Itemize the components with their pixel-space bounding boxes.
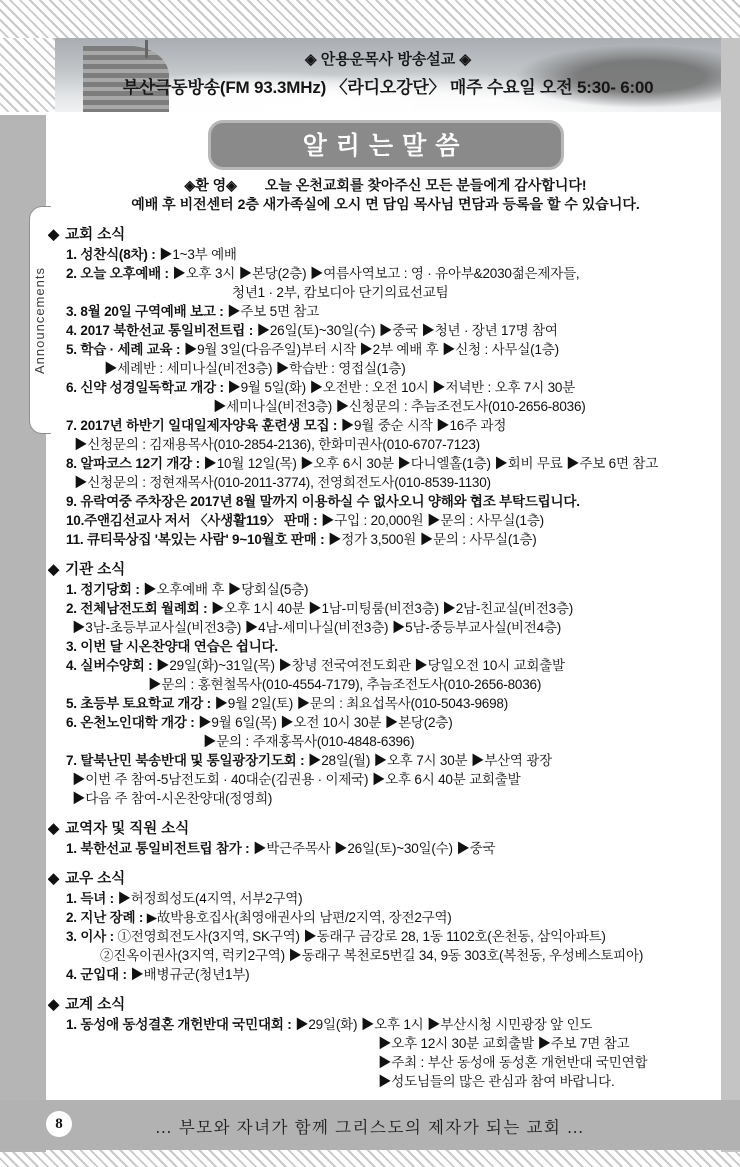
announcement-text: ▶29일(화)~31일(목) ▶창녕 전국여전도회관 ▶당일오전 10시 교회출… <box>156 658 565 673</box>
announcement-item: 6. 온천노인대학 개강 : ▶9월 6일(목) ▶오전 10시 30분 ▶본당… <box>48 713 723 751</box>
broadcast-schedule: 부산극동방송(FM 93.3MHz) 〈라디오강단〉 매주 수요일 오전 5:3… <box>55 73 721 98</box>
announcement-item: 5. 학습 · 세례 교육 : ▶9월 3일(다음주일)부터 시작 ▶2부 예배… <box>48 340 723 378</box>
announcement-text: ▶정가 3,500원 ▶문의 : 사무실(1층) <box>328 532 537 547</box>
announcement-line: ▶3남-초등부교사실(비전3층) ▶4남-세미나실(비전3층) ▶5남-중등부교… <box>48 618 723 637</box>
announcement-text: ▶허정희성도(4지역, 서부2구역) <box>118 891 303 906</box>
announcement-label: 3. 8월 20일 구역예배 보고 : <box>66 304 227 319</box>
diamond-marker-icon: ◆ <box>48 227 59 243</box>
announcement-item: 1. 북한선교 통일비전트립 참가 : ▶박근주목사 ▶26일(토)~30일(수… <box>48 839 723 858</box>
announcement-text: ▶오후 3시 ▶본당(2층) ▶여름사역보고 : 영 · 유아부&2030젊은제… <box>172 266 579 281</box>
section-title: 교역자 및 직원 소식 <box>65 821 189 837</box>
announcement-text: ▶10월 12일(목) ▶오후 6시 30분 ▶다니엘홀(1층) ▶회비 무료 … <box>203 456 658 471</box>
announcement-label: 7. 2017년 하반기 일대일제자양육 훈련생 모집 : <box>66 418 341 433</box>
announcement-line: ▶이번 주 참여-5남전도회 · 40대순(김권용 · 이제국) ▶오후 6시 … <box>48 770 723 789</box>
section-title: 교우 소식 <box>65 871 125 887</box>
section-heading: ◆교계 소식 <box>48 995 723 1015</box>
announcement-line: ▶세례반 : 세미나실(비전3층) ▶학습반 : 영접실(1층) <box>48 359 723 378</box>
section-title: 교회 소식 <box>65 227 125 243</box>
announcement-line: ▶신청문의 : 정현재목사(010-2011-3774), 전영희전도사(010… <box>48 473 723 492</box>
announcement-item: 7. 탈북난민 북송반대 및 통일광장기도회 : ▶28일(월) ▶오후 7시 … <box>48 751 723 808</box>
hatch-border-top <box>0 0 740 38</box>
announcement-item: 8. 알파코스 12기 개강 : ▶10월 12일(목) ▶오후 6시 30분 … <box>48 454 723 492</box>
page-title: 알리는말씀 <box>303 132 469 160</box>
welcome-line-1: ◈환 영◈ 오늘 온천교회를 찾아주신 모든 분들에게 감사합니다! <box>48 176 723 195</box>
announcement-text: ▶문의 : 주재홍목사(010-4848-6396) <box>203 734 414 749</box>
announcement-label: 1. 동성애 동성결혼 개헌반대 국민대회 : <box>66 1017 295 1032</box>
announcement-line: 4. 군입대 : ▶배병규군(청년1부) <box>48 965 723 984</box>
hatch-border-bottom <box>0 1150 740 1167</box>
announcement-label: 4. 2017 북한선교 통일비전트립 : <box>66 323 257 338</box>
announcement-line: 1. 성찬식(8차) : ▶1~3부 예배 <box>48 245 723 264</box>
announcement-item: 6. 신약 성경일독학교 개강 : ▶9월 5일(화) ▶오전반 : 오전 10… <box>48 378 723 416</box>
announcement-item: 4. 실버수양회 : ▶29일(화)~31일(목) ▶창녕 전국여전도회관 ▶당… <box>48 656 723 694</box>
announcement-item: 1. 동성애 동성결혼 개헌반대 국민대회 : ▶29일(화) ▶오후 1시 ▶… <box>48 1015 723 1091</box>
section: ◆교계 소식1. 동성애 동성결혼 개헌반대 국민대회 : ▶29일(화) ▶오… <box>48 995 723 1091</box>
announcement-label: 6. 신약 성경일독학교 개강 : <box>66 380 227 395</box>
announcement-text: ▶주보 5면 참고 <box>227 304 319 319</box>
announcement-label: 5. 학습 · 세례 교육 : <box>66 342 184 357</box>
section: ◆기관 소식1. 정기당회 : ▶오후예배 후 ▶당회실(5층)2. 전체남전도… <box>48 560 723 808</box>
announcement-label: 9. 유락여중 주차장은 2017년 8월 말까지 이용하실 수 없사오니 양해… <box>66 494 580 509</box>
diamond-marker-icon: ◆ <box>48 997 59 1013</box>
announcement-line: 3. 8월 20일 구역예배 보고 : ▶주보 5면 참고 <box>48 302 723 321</box>
announcement-line: ▶문의 : 홍현철목사(010-4554-7179), 추늠조전도사(010-2… <box>48 675 723 694</box>
announcement-text: ▶문의 : 홍현철목사(010-4554-7179), 추늠조전도사(010-2… <box>148 677 541 692</box>
announcement-label: 2. 지난 장례 : <box>66 910 147 925</box>
announcement-line: 10.주앤김선교사 저서 〈사생활119〉 판매 : ▶구입 : 20,000원… <box>48 511 723 530</box>
announcement-line: ▶성도님들의 많은 관심과 참여 바랍니다. <box>48 1072 723 1091</box>
announcement-item: 9. 유락여중 주차장은 2017년 8월 말까지 이용하실 수 없사오니 양해… <box>48 492 723 511</box>
announcement-line: 6. 온천노인대학 개강 : ▶9월 6일(목) ▶오전 10시 30분 ▶본당… <box>48 713 723 732</box>
announcement-line: ▶오후 12시 30분 교회출발 ▶주보 7면 참고 <box>48 1034 723 1053</box>
announcement-text: ▶9월 6일(목) ▶오전 10시 30분 ▶본당(2층) <box>198 715 452 730</box>
announcement-label: 3. 이사 : <box>66 929 118 944</box>
announcement-line: 5. 초등부 토요학교 개강 : ▶9월 2일(토) ▶문의 : 최요섭목사(0… <box>48 694 723 713</box>
announcement-item: 1. 성찬식(8차) : ▶1~3부 예배 <box>48 245 723 264</box>
announcement-item: 4. 2017 북한선교 통일비전트립 : ▶26일(토)~30일(수) ▶중국… <box>48 321 723 340</box>
announcement-text: ▶9월 5일(화) ▶오전반 : 오전 10시 ▶저녁반 : 오후 7시 30분 <box>227 380 575 395</box>
announcements-page: 알리는말씀 ◈환 영◈ 오늘 온천교회를 찾아주신 모든 분들에게 감사합니다!… <box>48 112 723 1098</box>
announcement-line: 청년1 · 2부, 캄보디아 단기의료선교팀 <box>48 283 723 302</box>
announcement-line: 7. 탈북난민 북송반대 및 통일광장기도회 : ▶28일(월) ▶오후 7시 … <box>48 751 723 770</box>
announcement-item: 10.주앤김선교사 저서 〈사생활119〉 판매 : ▶구입 : 20,000원… <box>48 511 723 530</box>
announcement-line: 3. 이사 : ①전영희전도사(3지역, SK구역) ▶동래구 금강로 28, … <box>48 927 723 946</box>
announcement-text: ▶1~3부 예배 <box>159 247 237 262</box>
side-tab-label: Announcements <box>32 221 48 421</box>
announcement-line: 8. 알파코스 12기 개강 : ▶10월 12일(목) ▶오후 6시 30분 … <box>48 454 723 473</box>
announcement-text: ▶故박용호집사(최영애권사의 남편/2지역, 장전2구역) <box>147 910 452 925</box>
announcement-text: ▶오후 1시 40분 ▶1남-미팅룸(비전3층) ▶2남-친교실(비전3층) <box>211 601 573 616</box>
announcement-text: ▶신청문의 : 김재용목사(010-2854-2136), 한화미권사(010-… <box>74 437 480 452</box>
announcement-label: 1. 정기당회 : <box>66 582 143 597</box>
announcement-line: 4. 2017 북한선교 통일비전트립 : ▶26일(토)~30일(수) ▶중국… <box>48 321 723 340</box>
announcement-label: 2. 오늘 오후예배 : <box>66 266 172 281</box>
radio-broadcast-banner: ◈ 안용운목사 방송설교 ◈ 부산극동방송(FM 93.3MHz) 〈라디오강단… <box>55 38 721 112</box>
welcome-line-2: 예배 후 비전센터 2층 새가족실에 오시 면 담임 목사님 면담과 등록을 할… <box>48 195 723 214</box>
announcement-line: ▶신청문의 : 김재용목사(010-2854-2136), 한화미권사(010-… <box>48 435 723 454</box>
announcement-label: 11. 큐티묵상집 '복있는 사람' 9~10월호 판매 : <box>66 532 328 547</box>
announcement-item: 3. 이번 달 시온찬양대 연습은 쉽니다. <box>48 637 723 656</box>
right-gray-rail <box>721 38 740 1152</box>
page-title-badge: 알리는말씀 <box>208 120 564 170</box>
announcement-label: 2. 전체남전도회 월례회 : <box>66 601 211 616</box>
section-title: 기관 소식 <box>65 562 125 578</box>
diamond-marker-icon: ◆ <box>48 871 59 887</box>
section: ◆교회 소식1. 성찬식(8차) : ▶1~3부 예배2. 오늘 오후예배 : … <box>48 225 723 549</box>
hatch-border-left <box>0 38 55 112</box>
section-heading: ◆교회 소식 <box>48 225 723 245</box>
announcement-line: 2. 오늘 오후예배 : ▶오후 3시 ▶본당(2층) ▶여름사역보고 : 영 … <box>48 264 723 283</box>
section-heading: ◆교역자 및 직원 소식 <box>48 819 723 839</box>
announcement-item: 2. 오늘 오후예배 : ▶오후 3시 ▶본당(2층) ▶여름사역보고 : 영 … <box>48 264 723 302</box>
announcement-item: 1. 정기당회 : ▶오후예배 후 ▶당회실(5층) <box>48 580 723 599</box>
announcement-text: ▶배병규군(청년1부) <box>130 967 249 982</box>
announcement-text: ▶성도님들의 많은 관심과 참여 바랍니다. <box>378 1074 615 1089</box>
announcement-line: 3. 이번 달 시온찬양대 연습은 쉽니다. <box>48 637 723 656</box>
announcement-line: 7. 2017년 하반기 일대일제자양육 훈련생 모집 : ▶9월 중순 시작 … <box>48 416 723 435</box>
section: ◆교역자 및 직원 소식1. 북한선교 통일비전트립 참가 : ▶박근주목사 ▶… <box>48 819 723 858</box>
announcement-item: 11. 큐티묵상집 '복있는 사람' 9~10월호 판매 : ▶정가 3,500… <box>48 530 723 549</box>
announcement-line: ▶다음 주 참여-시온찬양대(정영희) <box>48 789 723 808</box>
announcement-text: ▶28일(월) ▶오후 7시 30분 ▶부산역 광장 <box>308 753 552 768</box>
announcement-text: ▶박근주목사 ▶26일(토)~30일(수) ▶중국 <box>253 841 495 856</box>
announcement-text: ①전영희전도사(3지역, SK구역) ▶동래구 금강로 28, 1동 1102호… <box>118 929 606 944</box>
announcement-label: 1. 득녀 : <box>66 891 118 906</box>
announcement-line: ▶세미나실(비전3층) ▶신청문의 : 추늠조전도사(010-2656-8036… <box>48 397 723 416</box>
section: ◆교우 소식1. 득녀 : ▶허정희성도(4지역, 서부2구역)2. 지난 장례… <box>48 869 723 984</box>
welcome-block: ◈환 영◈ 오늘 온천교회를 찾아주신 모든 분들에게 감사합니다! 예배 후 … <box>48 176 723 214</box>
announcement-item: 5. 초등부 토요학교 개강 : ▶9월 2일(토) ▶문의 : 최요섭목사(0… <box>48 694 723 713</box>
announcement-item: 2. 전체남전도회 월례회 : ▶오후 1시 40분 ▶1남-미팅룸(비전3층)… <box>48 599 723 637</box>
announcement-line: 2. 지난 장례 : ▶故박용호집사(최영애권사의 남편/2지역, 장전2구역) <box>48 908 723 927</box>
announcement-label: 5. 초등부 토요학교 개강 : <box>66 696 214 711</box>
church-slogan: … 부모와 자녀가 함께 그리스도의 제자가 되는 교회 … <box>0 1114 740 1138</box>
announcement-line: 5. 학습 · 세례 교육 : ▶9월 3일(다음주일)부터 시작 ▶2부 예배… <box>48 340 723 359</box>
announcement-item: 4. 군입대 : ▶배병규군(청년1부) <box>48 965 723 984</box>
announcement-item: 3. 이사 : ①전영희전도사(3지역, SK구역) ▶동래구 금강로 28, … <box>48 927 723 965</box>
announcement-line: 11. 큐티묵상집 '복있는 사람' 9~10월호 판매 : ▶정가 3,500… <box>48 530 723 549</box>
announcement-text: 청년1 · 2부, 캄보디아 단기의료선교팀 <box>232 285 448 300</box>
sections: ◆교회 소식1. 성찬식(8차) : ▶1~3부 예배2. 오늘 오후예배 : … <box>48 225 723 1091</box>
banner-text: ◈ 안용운목사 방송설교 ◈ 부산극동방송(FM 93.3MHz) 〈라디오강단… <box>55 38 721 98</box>
announcement-label: 10.주앤김선교사 저서 〈사생활119〉 판매 : <box>66 513 321 528</box>
announcement-line: 1. 동성애 동성결혼 개헌반대 국민대회 : ▶29일(화) ▶오후 1시 ▶… <box>48 1015 723 1034</box>
announcement-item: 7. 2017년 하반기 일대일제자양육 훈련생 모집 : ▶9월 중순 시작 … <box>48 416 723 454</box>
broadcast-sermon-title: ◈ 안용운목사 방송설교 ◈ <box>55 48 721 69</box>
announcement-line: 1. 북한선교 통일비전트립 참가 : ▶박근주목사 ▶26일(토)~30일(수… <box>48 839 723 858</box>
announcement-line: 1. 득녀 : ▶허정희성도(4지역, 서부2구역) <box>48 889 723 908</box>
announcement-line: ②진옥이권사(3지역, 럭키2구역) ▶동래구 복천로5번길 34, 9동 30… <box>48 946 723 965</box>
announcement-label: 8. 알파코스 12기 개강 : <box>66 456 203 471</box>
announcement-text: ▶이번 주 참여-5남전도회 · 40대순(김권용 · 이제국) ▶오후 6시 … <box>72 772 520 787</box>
announcement-text: ▶구입 : 20,000원 ▶문의 : 사무실(1층) <box>321 513 544 528</box>
announcement-item: 2. 지난 장례 : ▶故박용호집사(최영애권사의 남편/2지역, 장전2구역) <box>48 908 723 927</box>
announcement-text: ▶주최 : 부산 동성애 동성혼 개헌반대 국민연합 <box>378 1055 647 1070</box>
announcement-text: ▶신청문의 : 정현재목사(010-2011-3774), 전영희전도사(010… <box>74 475 491 490</box>
announcement-line: 9. 유락여중 주차장은 2017년 8월 말까지 이용하실 수 없사오니 양해… <box>48 492 723 511</box>
announcement-label: 1. 성찬식(8차) : <box>66 247 159 262</box>
section-title: 교계 소식 <box>65 997 125 1013</box>
announcement-line: 2. 전체남전도회 월례회 : ▶오후 1시 40분 ▶1남-미팅룸(비전3층)… <box>48 599 723 618</box>
announcement-line: 6. 신약 성경일독학교 개강 : ▶9월 5일(화) ▶오전반 : 오전 10… <box>48 378 723 397</box>
announcement-label: 4. 실버수양회 : <box>66 658 156 673</box>
announcement-text: ▶9월 중순 시작 ▶16주 과정 <box>341 418 506 433</box>
announcement-label: 6. 온천노인대학 개강 : <box>66 715 198 730</box>
announcement-text: ▶29일(화) ▶오후 1시 ▶부산시청 시민광장 앞 인도 <box>295 1017 592 1032</box>
diamond-marker-icon: ◆ <box>48 562 59 578</box>
footer-bar: 8 … 부모와 자녀가 함께 그리스도의 제자가 되는 교회 … <box>0 1100 740 1150</box>
section-heading: ◆기관 소식 <box>48 560 723 580</box>
announcement-text: ②진옥이권사(3지역, 럭키2구역) ▶동래구 복천로5번길 34, 9동 30… <box>100 948 643 963</box>
announcement-label: 1. 북한선교 통일비전트립 참가 : <box>66 841 253 856</box>
announcement-label: 7. 탈북난민 북송반대 및 통일광장기도회 : <box>66 753 308 768</box>
announcement-line: 1. 정기당회 : ▶오후예배 후 ▶당회실(5층) <box>48 580 723 599</box>
announcement-line: ▶주최 : 부산 동성애 동성혼 개헌반대 국민연합 <box>48 1053 723 1072</box>
announcement-item: 1. 득녀 : ▶허정희성도(4지역, 서부2구역) <box>48 889 723 908</box>
announcement-text: ▶오후예배 후 ▶당회실(5층) <box>143 582 308 597</box>
announcement-text: ▶다음 주 참여-시온찬양대(정영희) <box>72 791 272 806</box>
announcement-text: ▶26일(토)~30일(수) ▶중국 ▶청년 · 장년 17명 참여 <box>257 323 558 338</box>
announcement-text: ▶9월 2일(토) ▶문의 : 최요섭목사(010-5043-9698) <box>214 696 508 711</box>
announcement-label: 3. 이번 달 시온찬양대 연습은 쉽니다. <box>66 639 278 654</box>
announcement-line: ▶문의 : 주재홍목사(010-4848-6396) <box>48 732 723 751</box>
announcement-text: ▶세례반 : 세미나실(비전3층) ▶학습반 : 영접실(1층) <box>104 361 406 376</box>
announcement-line: 4. 실버수양회 : ▶29일(화)~31일(목) ▶창녕 전국여전도회관 ▶당… <box>48 656 723 675</box>
announcement-label: 4. 군입대 : <box>66 967 130 982</box>
announcement-text: ▶3남-초등부교사실(비전3층) ▶4남-세미나실(비전3층) ▶5남-중등부교… <box>72 620 561 635</box>
announcement-text: ▶오후 12시 30분 교회출발 ▶주보 7면 참고 <box>378 1036 629 1051</box>
announcement-text: ▶세미나실(비전3층) ▶신청문의 : 추늠조전도사(010-2656-8036… <box>213 399 586 414</box>
diamond-marker-icon: ◆ <box>48 821 59 837</box>
announcement-item: 3. 8월 20일 구역예배 보고 : ▶주보 5면 참고 <box>48 302 723 321</box>
announcement-text: ▶9월 3일(다음주일)부터 시작 ▶2부 예배 후 ▶신청 : 사무실(1층) <box>184 342 559 357</box>
section-heading: ◆교우 소식 <box>48 869 723 889</box>
